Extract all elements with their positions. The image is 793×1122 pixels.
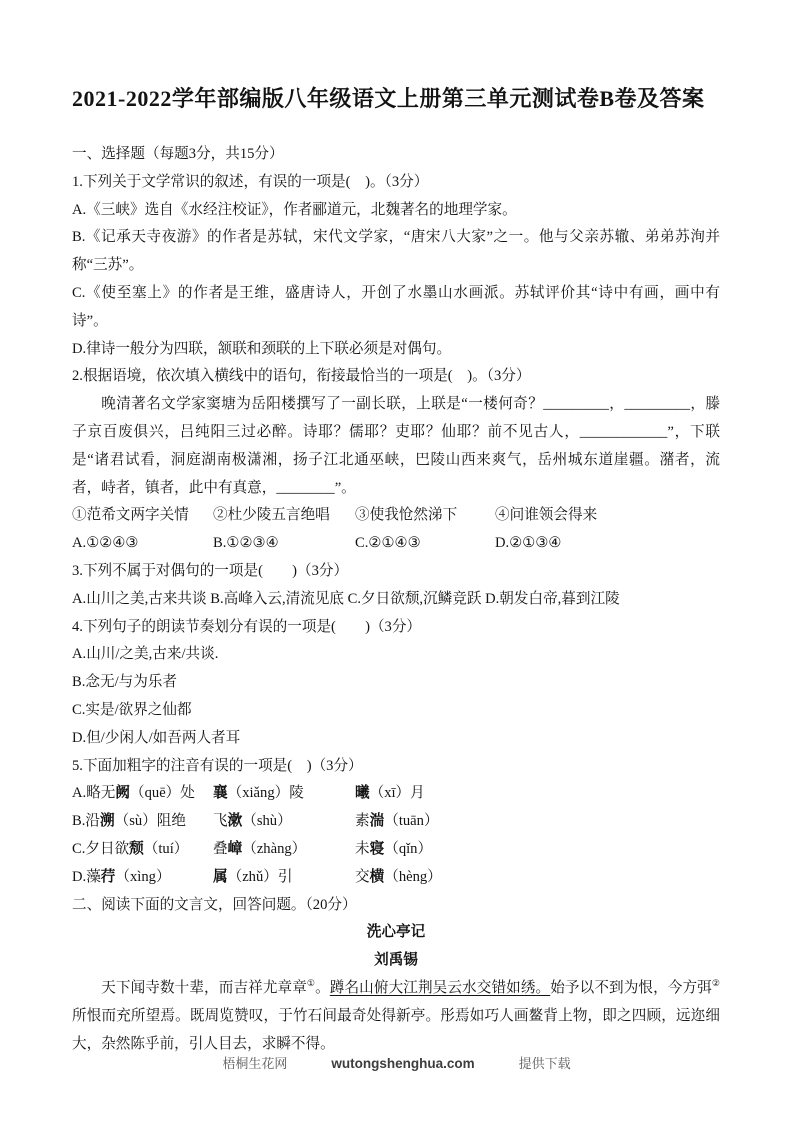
- q2-passage: 晚清著名文学家窦塘为岳阳楼撰写了一副长联，上联是“一楼何奇？_________，…: [72, 391, 720, 502]
- q5-cell-bold-char: 嶂: [228, 841, 243, 857]
- q2-stem: 2.根据语境，依次填入横线中的语句，衔接最恰当的一项是( )。（3分）: [72, 363, 720, 391]
- q5-row-a: A.略无阙（quē）处 襄（xiǎng）陵 曦（xī）月: [72, 780, 720, 808]
- footer-download-text: 提供下载: [519, 1053, 571, 1072]
- q5-cell-bold-char: 曦: [355, 785, 370, 801]
- essay-text-4: 所恨而充所望焉。既周览赞叹，于竹石间最奇处得新亭。彤焉如巧人画鳌背上物，即之四顾…: [72, 1008, 720, 1052]
- q5-cell: 未寝（qǐn）: [355, 836, 720, 864]
- q5-row-d: D.藻荇（xìng） 属（zhǔ）引 交横（hèng）: [72, 864, 720, 892]
- q5-cell: 属（zhǔ）引: [213, 864, 355, 892]
- essay-text-1: 天下闻寺数十辈，而吉祥尤章章: [101, 980, 307, 996]
- q5-cell-pre: 素: [355, 813, 370, 829]
- q5-cell-bold-char: 寝: [370, 841, 385, 857]
- q5-cell-pre: 交: [355, 869, 370, 885]
- q2-item-1: ①范希文两字关情: [72, 502, 213, 530]
- q5-cell-bold-char: 漱: [228, 813, 243, 829]
- q5-cell-post: （qǐn）: [384, 841, 432, 857]
- q5-cell-post: （xī）月: [370, 785, 425, 801]
- page-footer: 梧桐生花网 wutongshenghua.com 提供下载: [0, 1053, 793, 1072]
- essay-text-2: 。: [315, 980, 330, 996]
- q2-item-4: ④问谁领会得来: [495, 502, 720, 530]
- footnote-marker-1: ①: [307, 978, 315, 988]
- q4-stem: 4.下列句子的朗读节奏划分有误的一项是( )（3分）: [72, 614, 720, 642]
- q1-option-b: B.《记承天寺夜游》的作者是苏轼，宋代文学家，“唐宋八大家”之一。他与父亲苏辙、…: [72, 224, 720, 280]
- q5-cell: 飞漱（shù）: [213, 808, 355, 836]
- q5-row-c: C.夕日欲颓（tuí） 叠嶂（zhàng） 未寝（qǐn）: [72, 836, 720, 864]
- q5-cell-pre: C.夕日欲: [72, 841, 129, 857]
- q5-cell-post: （zhàng）: [242, 841, 306, 857]
- essay-author: 刘禹锡: [72, 947, 720, 975]
- q5-cell-bold-char: 荇: [101, 869, 116, 885]
- q5-cell-bold-char: 颓: [129, 841, 144, 857]
- q5-cell-bold-char: 横: [370, 869, 385, 885]
- q5-cell-post: （shù）: [242, 813, 291, 829]
- q5-cell-bold-char: 溯: [100, 813, 115, 829]
- q4-option-c: C.实是/欲界之仙都: [72, 697, 720, 725]
- q2-item-2: ②杜少陵五言绝唱: [213, 502, 355, 530]
- q5-cell-bold-char: 属: [213, 869, 228, 885]
- essay-passage: 天下闻寺数十辈，而吉祥尤章章①。蹲名山俯大江荆吴云水交错如绣。始予以不到为恨，今…: [72, 975, 720, 1058]
- q2-choice-b: B.①②③④: [213, 530, 355, 558]
- q5-cell: 素湍（tuān）: [355, 808, 720, 836]
- q5-cell-pre: B.沿: [72, 813, 100, 829]
- q3-stem: 3.下列不属于对偶句的一项是( )（3分）: [72, 558, 720, 586]
- q5-cell-pre: 叠: [213, 841, 228, 857]
- q5-cell: 曦（xī）月: [355, 780, 720, 808]
- q5-cell: A.略无阙（quē）处: [72, 780, 213, 808]
- q5-cell-bold-char: 湍: [370, 813, 385, 829]
- q1-option-d: D.律诗一般分为四联，颔联和颈联的上下联必须是对偶句。: [72, 336, 720, 364]
- page-title: 2021-2022学年部编版八年级语文上册第三单元测试卷B卷及答案: [72, 84, 720, 114]
- exam-document-page: 2021-2022学年部编版八年级语文上册第三单元测试卷B卷及答案 一、选择题（…: [0, 0, 793, 1122]
- q5-cell-post: （hèng）: [384, 869, 442, 885]
- q5-cell: C.夕日欲颓（tuí）: [72, 836, 213, 864]
- q5-row-b: B.沿溯（sù）阻绝 飞漱（shù） 素湍（tuān）: [72, 808, 720, 836]
- q5-cell-pre: A.略无: [72, 785, 115, 801]
- q4-option-d: D.但/少闲人/如吾两人者耳: [72, 725, 720, 753]
- q2-choice-d: D.②①③④: [495, 530, 720, 558]
- q3-options-line: A.山川之美,古来共谈 B.高峰入云,清流见底 C.夕日欲颓,沉鳞竞跃 D.朝发…: [72, 586, 720, 614]
- q5-cell-bold-char: 阙: [115, 785, 130, 801]
- q4-option-b: B.念无/与为乐者: [72, 669, 720, 697]
- q1-option-c: C.《使至塞上》的作者是王维，盛唐诗人，开创了水墨山水画派。苏轼评价其“诗中有画…: [72, 280, 720, 336]
- q1-stem: 1.下列关于文学常识的叙述，有误的一项是( )。（3分）: [72, 169, 720, 197]
- essay-text-3: 始予以不到为恨，今方弭: [550, 980, 712, 996]
- q5-cell: 交横（hèng）: [355, 864, 720, 892]
- essay-title: 洗心亭记: [72, 919, 720, 947]
- footer-site-url: wutongshenghua.com: [331, 1056, 474, 1071]
- q2-choice-a: A.①②④③: [72, 530, 213, 558]
- q2-items-row: ①范希文两字关情 ②杜少陵五言绝唱 ③使我怆然涕下 ④问谁领会得来: [72, 502, 720, 530]
- q5-cell: 襄（xiǎng）陵: [213, 780, 355, 808]
- q5-cell-post: （sù）阻绝: [115, 813, 186, 829]
- q5-cell-pre: D.藻: [72, 869, 101, 885]
- q2-choices-row: A.①②④③ B.①②③④ C.②①④③ D.②①③④: [72, 530, 720, 558]
- footer-site-name: 梧桐生花网: [222, 1053, 287, 1072]
- essay-underlined-sentence: 蹲名山俯大江荆吴云水交错如绣。: [330, 980, 550, 996]
- q5-cell-post: （tuí）: [144, 841, 189, 857]
- q5-cell-post: （zhǔ）引: [228, 869, 293, 885]
- q5-cell-post: （xiǎng）陵: [228, 785, 304, 801]
- footnote-marker-2: ②: [712, 978, 720, 988]
- q2-choice-c: C.②①④③: [355, 530, 495, 558]
- q5-cell: D.藻荇（xìng）: [72, 864, 213, 892]
- section-1-heading: 一、选择题（每题3分，共15分）: [72, 141, 720, 169]
- section-2-heading: 二、阅读下面的文言文，回答问题。（20分）: [72, 892, 720, 920]
- q5-cell-pre: 未: [355, 841, 370, 857]
- q5-cell: 叠嶂（zhàng）: [213, 836, 355, 864]
- q5-cell: B.沿溯（sù）阻绝: [72, 808, 213, 836]
- q5-cell-bold-char: 襄: [213, 785, 228, 801]
- q4-option-a: A.山川/之美,古来/共谈.: [72, 641, 720, 669]
- q5-cell-pre: 飞: [213, 813, 228, 829]
- q5-cell-post: （xìng）: [115, 869, 170, 885]
- q2-item-3: ③使我怆然涕下: [355, 502, 495, 530]
- q5-cell-post: （tuān）: [384, 813, 438, 829]
- q1-option-a: A.《三峡》选自《水经注校证》，作者郦道元，北魏著名的地理学家。: [72, 197, 720, 225]
- q5-cell-post: （quē）处: [130, 785, 195, 801]
- q5-stem: 5.下面加粗字的注音有误的一项是( )（3分）: [72, 753, 720, 781]
